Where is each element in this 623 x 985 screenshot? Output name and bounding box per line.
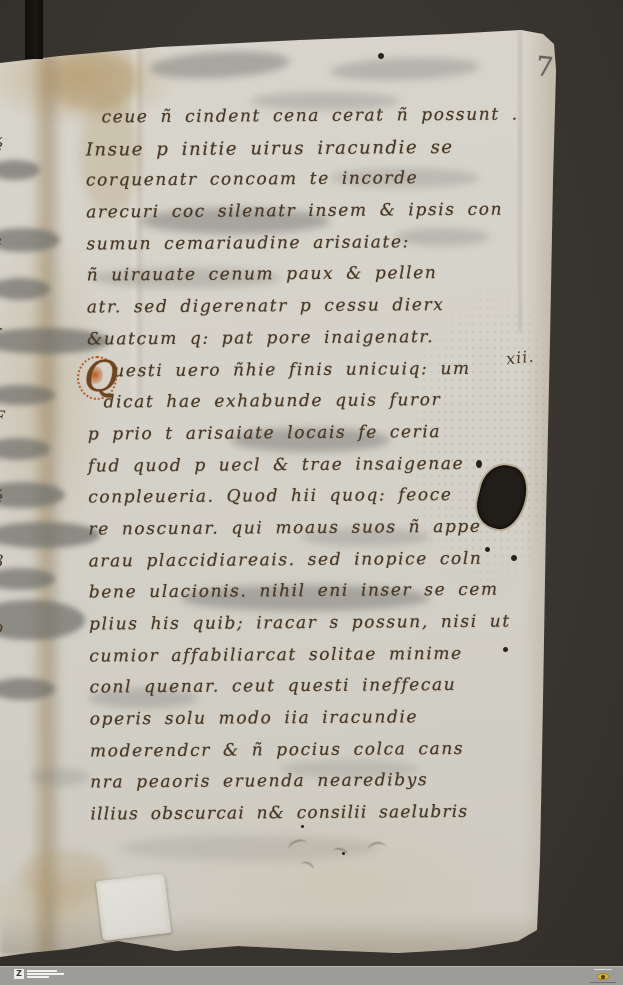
text-line: plius his quib; iracar s possun, nisi ut (89, 606, 529, 641)
text-line: re noscunar. qui moaus suos ñ appe (88, 511, 528, 546)
pen-trial-mark (286, 837, 310, 857)
watermark-text-line (27, 973, 64, 975)
decorated-initial: Q (79, 358, 119, 418)
ink-spot (476, 460, 482, 468)
stain (0, 385, 55, 405)
ink-spot (342, 852, 345, 855)
text-line: ceue ñ cindent cena cerat ñ possunt . (101, 99, 525, 134)
gutter-fold-stain (30, 55, 64, 960)
stain (0, 678, 55, 700)
stain (0, 228, 60, 252)
ink-spot (485, 547, 490, 552)
parchment-page: é s r F é 3 o i ceue ñ cindent cena cera… (0, 0, 623, 985)
ink-spot (503, 647, 508, 652)
pen-trial-mark (299, 860, 316, 875)
stain (0, 482, 65, 508)
text-line: operis solu modo iia iracundie (90, 702, 530, 737)
text-line: dicat hae exhabunde quis furor (103, 385, 527, 420)
stain (0, 160, 40, 180)
funding-emblem-icon (597, 973, 609, 980)
ink-spot (511, 555, 517, 561)
stain (0, 600, 85, 640)
text-line: &uatcum q: pat pore inaigenatr. (87, 321, 527, 356)
stain (0, 568, 55, 590)
manuscript-photo: é s r F é 3 o i ceue ñ cindent cena cera… (0, 0, 623, 985)
emblem-caption-line (590, 982, 616, 983)
facing-page-fragment: s (0, 232, 2, 252)
emblem-center (601, 975, 605, 979)
ribbon-marker (25, 0, 43, 59)
text-line: nra peaoris eruenda nearedibys (90, 765, 530, 800)
wormhole (378, 53, 384, 59)
folio-number: 7 (534, 51, 554, 84)
paper-repair-patch (96, 873, 172, 941)
facing-page-fragment: é (0, 136, 3, 156)
text-line: moderendcr & ñ pocius colca cans (90, 733, 530, 768)
pen-trial-mark (331, 846, 350, 862)
stain (0, 522, 100, 548)
stain (48, 50, 138, 110)
facing-page-fragment: 3 (0, 552, 4, 572)
ink-spot (301, 825, 304, 828)
facing-page-fragment: é (0, 488, 3, 508)
text-line: arau placcidiareais. sed inopice coln (89, 543, 529, 578)
text-line: bene ulacionis. nihil eni inser se cem (89, 575, 529, 610)
manuscript-text-block: ceue ñ cindent cena cerat ñ possunt . In… (85, 99, 530, 831)
initial-letter: Q (84, 352, 118, 401)
stain (0, 438, 50, 460)
text-line: illius obscurcai n& consilii saelubris (90, 797, 530, 832)
stain (30, 768, 90, 786)
pen-trial-mark (367, 841, 387, 857)
text-line: conl quenar. ceut questi ineffecau (89, 670, 529, 705)
text-line: atr. sed digerenatr p cessu dierx (87, 290, 527, 325)
margin-chapter-number: xii. (505, 347, 535, 369)
text-line: ñ uirauate cenum paux & pellen (87, 258, 527, 293)
text-line: uesti uero ñhie finis unicuiq: um (113, 353, 527, 388)
facing-page-fragment: F (0, 408, 5, 428)
text-line: Insue p initie uirus iracundie se (86, 131, 526, 166)
bottom-edge-shading (0, 915, 560, 955)
facing-page-fragment: o (0, 618, 3, 638)
text-line: fud quod p uecl & trae insaigenae (88, 448, 528, 483)
facing-page-fragment: r (0, 322, 1, 342)
text-line: sumun cemariaudine arisaiate: (86, 226, 526, 261)
library-logo-icon: Z (14, 969, 24, 979)
text-line: conpleueria. Quod hii quoq: feoce (88, 480, 528, 515)
library-watermark-bar: Z (0, 966, 623, 985)
watermark-text-line (27, 976, 49, 978)
text-line: p prio t arisaiate locais fe ceria (88, 416, 528, 451)
emblem-caption-line (594, 969, 612, 970)
stain (149, 48, 290, 81)
stain (0, 278, 50, 300)
text-line: corquenatr concoam te incorde (86, 163, 526, 198)
text-line: cumior affabiliarcat solitae minime (89, 638, 529, 673)
text-line: arecuri coc silenatr insem & ipsis con (86, 195, 526, 230)
stain (330, 55, 481, 82)
watermark-text-line (27, 970, 57, 972)
